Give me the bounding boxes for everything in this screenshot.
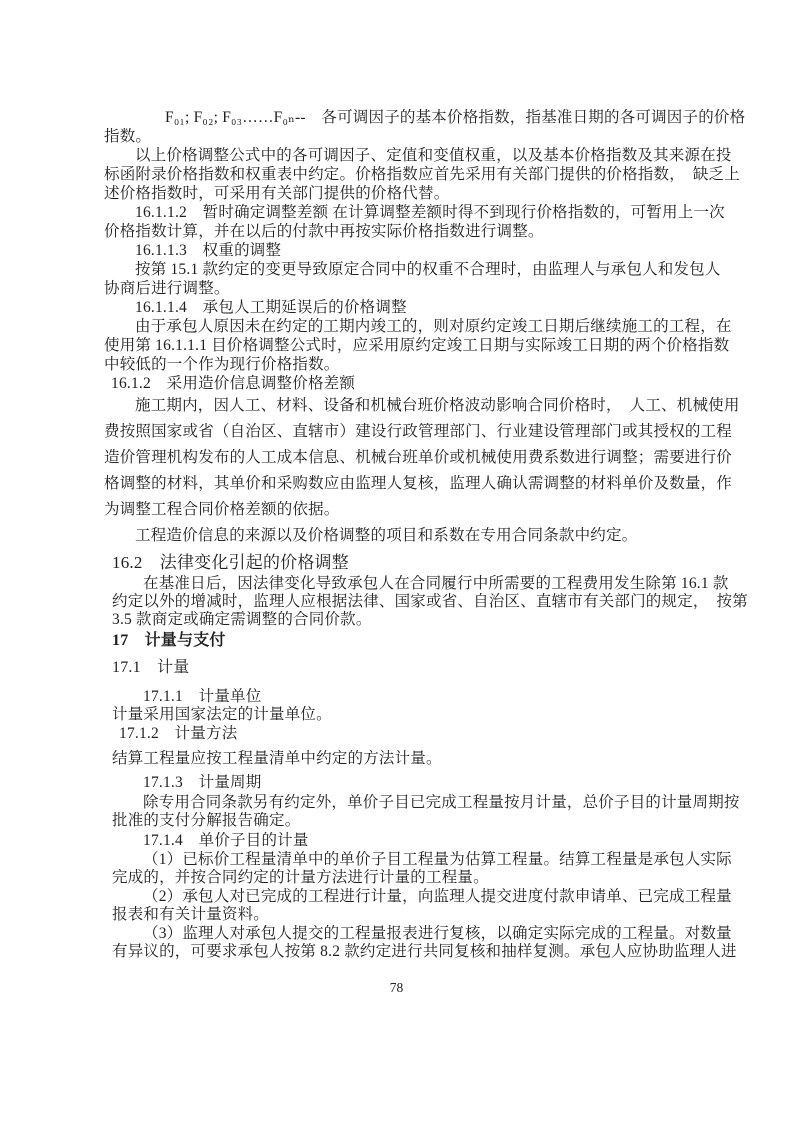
heading-text: 17.1.4 单价子目的计量 bbox=[112, 832, 764, 850]
text-line: 费按照国家或省（自治区、直辖市）建设行政管理部门、行业建设管理部门或其授权的工程 bbox=[104, 419, 764, 445]
heading-17-1-4: 17.1.4 单价子目的计量 bbox=[112, 832, 764, 850]
document-page: F₀₁; F₀₂; F₀₃……F₀ₙ-- 各可调因子的基本价格指数，指基准日期的… bbox=[0, 0, 793, 1122]
para-measurement-period: 除专用合同条款另有约定外，单价子目已完成工程量按月计量，总价子目的计量周期按 批… bbox=[112, 794, 764, 830]
para-base-price-index-definition: F₀₁; F₀₂; F₀₃……F₀ₙ-- 各可调因子的基本价格指数，指基准日期的… bbox=[104, 108, 764, 146]
text-line: 标函附录价格指数和权重表中约定。价格指数应首先采用有关部门提供的价格指数， 缺乏… bbox=[104, 165, 764, 184]
para-unit-price-item-2: （2）承包人对已完成的工程进行计量，向监理人提交进度付款申请单、已完成工程量 报… bbox=[112, 888, 764, 924]
heading-text: 16.2 法律变化引起的价格调整 bbox=[112, 551, 764, 575]
text-line: （1）已标价工程量清单中的单价子目工程量为估算工程量。结算工程量是承包人实际 bbox=[112, 851, 764, 869]
text-line: 格调整的材料，其单价和采购数应由监理人复核，监理人确认需调整的材料单价及数量，作 bbox=[104, 471, 764, 497]
heading-text: 17 计量与支付 bbox=[112, 631, 764, 650]
heading-17-1-2: 17.1.2 计量方法 bbox=[112, 725, 764, 743]
text-line: 施工期内，因人工、材料、设备和机械台班价格波动影响合同价格时， 人工、机械使用 bbox=[104, 393, 764, 419]
text-line: 造价管理机构发布的人工成本信息、机械台班单价或机械使用费系数进行调整；需要进行价 bbox=[104, 445, 764, 471]
para-measurement-method: 结算工程量应按工程量清单中约定的方法计量。 bbox=[112, 750, 764, 768]
heading-17: 17 计量与支付 bbox=[112, 631, 764, 650]
text-line: 报表和有关计量资料。 bbox=[112, 906, 764, 924]
heading-text: 16.1.1.4 承包人工期延误后的价格调整 bbox=[104, 298, 764, 317]
para-cost-info-source: 工程造价信息的来源以及价格调整的项目和系数在专用合同条款中约定。 bbox=[104, 523, 764, 549]
para-unit-price-item-1: （1）已标价工程量清单中的单价子目工程量为估算工程量。结算工程量是承包人实际 完… bbox=[112, 851, 764, 887]
text-line: 计量采用国家法定的计量单位。 bbox=[112, 706, 764, 724]
text-line: 中较低的一个作为现行价格指数。 bbox=[104, 355, 764, 374]
heading-17-1-3: 17.1.3 计量周期 bbox=[112, 774, 764, 792]
para-cost-info-adjustment: 施工期内，因人工、材料、设备和机械台班价格波动影响合同价格时， 人工、机械使用 … bbox=[104, 393, 764, 523]
text-line: 工程造价信息的来源以及价格调整的项目和系数在专用合同条款中约定。 bbox=[104, 523, 764, 549]
heading-16-1-2: 16.1.2 采用造价信息调整价格差额 bbox=[104, 374, 764, 393]
heading-16-1-1-3: 16.1.1.3 权重的调整 bbox=[104, 241, 764, 260]
text-line: 指数。 bbox=[104, 127, 764, 146]
heading-16-1-1-4: 16.1.1.4 承包人工期延误后的价格调整 bbox=[104, 298, 764, 317]
para-law-change: 在基准日后，因法律变化导致承包人在合同履行中所需要的工程费用发生除第 16.1 … bbox=[112, 575, 764, 629]
text-line: 完成的，并按合同约定的计量方法进行计量的工程量。 bbox=[112, 869, 764, 887]
text-line: F₀₁; F₀₂; F₀₃……F₀ₙ-- 各可调因子的基本价格指数，指基准日期的… bbox=[104, 108, 764, 127]
text-line: 使用第 16.1.1.1 目价格调整公式时，应采用原约定竣工日期与实际竣工日期的… bbox=[104, 336, 764, 355]
heading-16-2: 16.2 法律变化引起的价格调整 bbox=[112, 551, 764, 575]
text-line: （3）监理人对承包人提交的工程量报表进行复核，以确定实际完成的工程量。对数量 bbox=[112, 925, 764, 943]
text-line: 以上价格调整公式中的各可调因子、定值和变值权重，以及基本价格指数及其来源在投 bbox=[104, 146, 764, 165]
para-16-1-1-2-provisional-adjustment: 16.1.1.2 暂时确定调整差额 在计算调整差额时得不到现行价格指数的，可暂用… bbox=[104, 203, 764, 241]
text-line: 价格指数计算，并在以后的付款中再按实际价格指数进行调整。 bbox=[104, 222, 764, 241]
heading-text: 16.1.1.3 权重的调整 bbox=[104, 241, 764, 260]
para-measurement-unit: 计量采用国家法定的计量单位。 bbox=[112, 706, 764, 724]
text-line: 由于承包人原因未在约定的工期内竣工的，则对原约定竣工日期后继续施工的工程，在 bbox=[104, 317, 764, 336]
heading-17-1: 17.1 计量 bbox=[112, 658, 764, 677]
para-contractor-delay-adjustment: 由于承包人原因未在约定的工期内竣工的，则对原约定竣工日期后继续施工的工程，在 使… bbox=[104, 317, 764, 374]
text-line: 16.1.1.2 暂时确定调整差额 在计算调整差额时得不到现行价格指数的，可暂用… bbox=[104, 203, 764, 222]
text-line: 有异议的，可要求承包人按第 8.2 款约定进行共同复核和抽样复测。承包人应协助监… bbox=[112, 943, 764, 961]
text-line: 除专用合同条款另有约定外，单价子目已完成工程量按月计量，总价子目的计量周期按 bbox=[112, 794, 764, 812]
text-line: 按第 15.1 款约定的变更导致原定合同中的权重不合理时，由监理人与承包人和发包… bbox=[104, 260, 764, 279]
heading-text: 16.1.2 采用造价信息调整价格差额 bbox=[104, 374, 764, 393]
heading-text: 17.1 计量 bbox=[112, 658, 764, 677]
text-line: 批准的支付分解报告确定。 bbox=[112, 812, 764, 830]
section-lower: 16.2 法律变化引起的价格调整 在基准日后，因法律变化导致承包人在合同履行中所… bbox=[104, 551, 764, 961]
para-weight-adjustment: 按第 15.1 款约定的变更导致原定合同中的权重不合理时，由监理人与承包人和发包… bbox=[104, 260, 764, 298]
text-line: 协商后进行调整。 bbox=[104, 279, 764, 298]
heading-text: 17.1.1 计量单位 bbox=[112, 688, 764, 706]
text-line: 为调整工程合同价格差额的依据。 bbox=[104, 497, 764, 523]
para-price-adjust-formula-agreement: 以上价格调整公式中的各可调因子、定值和变值权重，以及基本价格指数及其来源在投 标… bbox=[104, 146, 764, 203]
para-unit-price-item-3: （3）监理人对承包人提交的工程量报表进行复核，以确定实际完成的工程量。对数量 有… bbox=[112, 925, 764, 961]
text-line: 述价格指数时，可采用有关部门提供的价格代替。 bbox=[104, 184, 764, 203]
text-line: 在基准日后，因法律变化导致承包人在合同履行中所需要的工程费用发生除第 16.1 … bbox=[112, 575, 764, 593]
heading-text: 17.1.3 计量周期 bbox=[112, 774, 764, 792]
page-number: 78 bbox=[0, 980, 793, 996]
text-line: （2）承包人对已完成的工程进行计量，向监理人提交进度付款申请单、已完成工程量 bbox=[112, 888, 764, 906]
text-line: 结算工程量应按工程量清单中约定的方法计量。 bbox=[112, 750, 764, 768]
text-line: 约定以外的增减时，监理人应根据法律、国家或省、自治区、直辖市有关部门的规定， 按… bbox=[112, 593, 764, 611]
heading-text: 17.1.2 计量方法 bbox=[112, 725, 764, 743]
document-body: F₀₁; F₀₂; F₀₃……F₀ₙ-- 各可调因子的基本价格指数，指基准日期的… bbox=[104, 108, 764, 961]
text-line: 3.5 款商定或确定需调整的合同价款。 bbox=[112, 611, 764, 629]
heading-17-1-1: 17.1.1 计量单位 bbox=[112, 688, 764, 706]
